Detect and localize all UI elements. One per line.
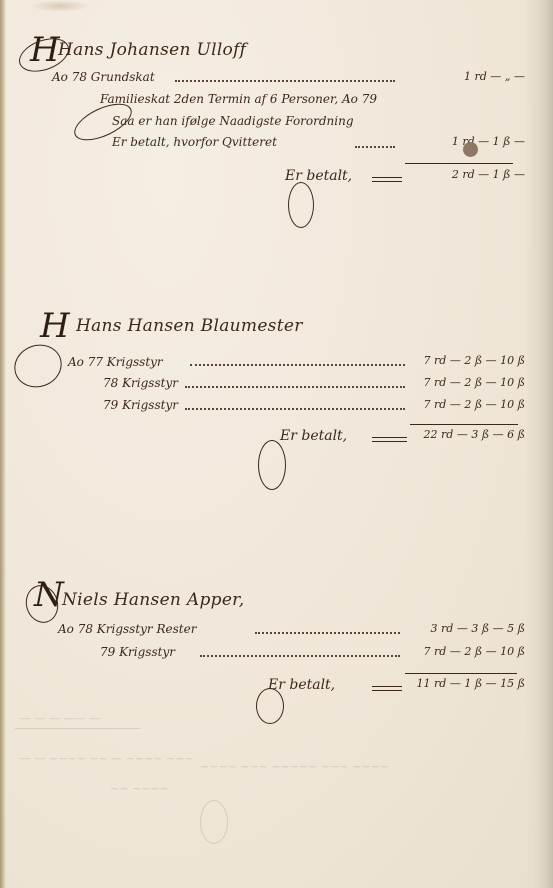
entry-line: 79 Krigsstyr xyxy=(103,398,178,412)
entry-amount: 3 rd — 3 ß — 5 ß xyxy=(400,622,525,635)
leader-dots xyxy=(185,386,405,388)
entry-amount: 7 rd — 2 ß — 10 ß xyxy=(405,354,525,367)
total-amount: 11 rd — 1 ß — 15 ß xyxy=(400,677,525,690)
ink-blot xyxy=(463,142,478,157)
ghost-flourish xyxy=(200,800,228,844)
page-binding-edge-left xyxy=(0,0,6,888)
loop-flourish xyxy=(258,440,286,490)
capital-flourish xyxy=(8,338,67,394)
entry-line: Ao 77 Krigsstyr xyxy=(68,355,163,369)
sum-rule xyxy=(410,424,518,425)
entry-amount: 1 rd — 1 ß — xyxy=(395,135,525,148)
leader-dots xyxy=(355,146,395,148)
entry-line: Saa er han ifølge Naadigste Forordning xyxy=(112,114,354,128)
leader-dots xyxy=(185,408,405,410)
entry-line: Ao 78 Krigsstyr Rester xyxy=(58,622,196,636)
total-amount: 22 rd — 3 ß — 6 ß xyxy=(405,428,525,441)
entry-line: Er betalt, hvorfor Qvitteret xyxy=(112,135,277,149)
entry-amount: 7 rd — 2 ß — 10 ß xyxy=(405,376,525,389)
entry-amount: 7 rd — 2 ß — 10 ß xyxy=(405,398,525,411)
decorative-capital-h: H xyxy=(40,306,70,346)
loop-flourish xyxy=(288,182,314,228)
entry-line: Familieskat 2den Termin af 6 Personer, A… xyxy=(100,92,377,106)
entry-amount: 7 rd — 2 ß — 10 ß xyxy=(400,645,525,658)
entry-name: Niels Hansen Apper, xyxy=(62,590,244,610)
leader-dots xyxy=(175,80,395,82)
double-rule xyxy=(372,686,402,691)
entry-name: Hans Hansen Blaumester xyxy=(76,316,303,336)
sum-rule xyxy=(405,673,517,674)
manuscript-page: H Hans Johansen Ulloff Ao 78 Grundskat 1… xyxy=(0,0,553,888)
total-label: Er betalt, xyxy=(280,428,347,444)
ghost-rule xyxy=(15,728,140,729)
entry-line: 79 Krigsstyr xyxy=(100,645,175,659)
leader-dots xyxy=(190,364,405,366)
loop-flourish xyxy=(256,688,284,724)
entry-line: 78 Krigsstyr xyxy=(103,376,178,390)
double-rule xyxy=(372,437,407,442)
entry-amount: 1 rd — „ — xyxy=(395,70,525,83)
total-label: Er betalt, xyxy=(285,168,352,184)
leader-dots xyxy=(200,655,400,657)
total-amount: 2 rd — 1 ß — xyxy=(395,168,525,181)
sum-rule xyxy=(405,163,513,164)
entry-name: Hans Johansen Ulloff xyxy=(58,40,246,60)
page-edge-shadow-right xyxy=(525,0,553,888)
leader-dots xyxy=(255,632,400,634)
paper-stain xyxy=(30,0,90,12)
entry-line: Ao 78 Grundskat xyxy=(52,70,155,84)
